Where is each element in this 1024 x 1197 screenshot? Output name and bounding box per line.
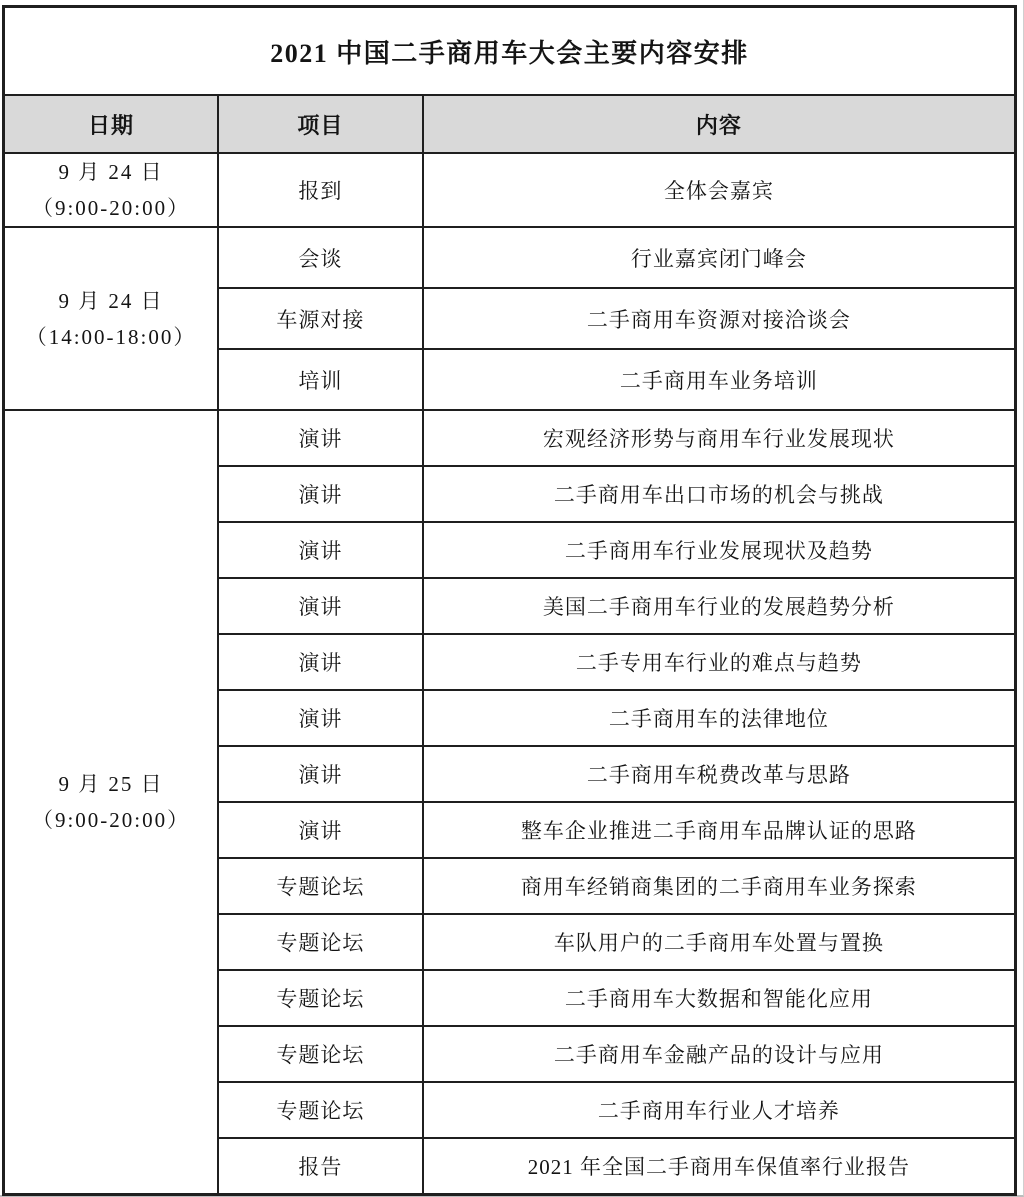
item-cell: 专题论坛 <box>218 1082 423 1138</box>
date-text-line2: （9:00-20:00） <box>5 190 217 226</box>
item-cell: 演讲 <box>218 746 423 802</box>
item-cell: 专题论坛 <box>218 1026 423 1082</box>
item-cell: 报到 <box>218 153 423 227</box>
content-cell: 商用车经销商集团的二手商用车业务探索 <box>423 858 1016 914</box>
content-cell: 二手商用车金融产品的设计与应用 <box>423 1026 1016 1082</box>
title-row: 2021 中国二手商用车大会主要内容安排 <box>4 7 1016 96</box>
header-row: 日期 项目 内容 <box>4 95 1016 153</box>
content-cell: 二手商用车行业发展现状及趋势 <box>423 522 1016 578</box>
item-cell: 演讲 <box>218 466 423 522</box>
content-cell: 二手商用车出口市场的机会与挑战 <box>423 466 1016 522</box>
content-cell: 宏观经济形势与商用车行业发展现状 <box>423 410 1016 466</box>
item-cell: 报告 <box>218 1138 423 1195</box>
date-cell-section-2: 9 月 24 日 （14:00-18:00） <box>4 227 219 410</box>
content-cell: 二手商用车业务培训 <box>423 349 1016 410</box>
content-cell: 二手商用车的法律地位 <box>423 690 1016 746</box>
date-cell-section-3: 9 月 25 日 （9:00-20:00） <box>4 410 219 1195</box>
column-header-item: 项目 <box>218 95 423 153</box>
table-row: 9 月 25 日 （9:00-20:00） 演讲 宏观经济形势与商用车行业发展现… <box>4 410 1016 466</box>
item-cell: 演讲 <box>218 634 423 690</box>
date-text-line2: （14:00-18:00） <box>5 319 217 355</box>
item-cell: 专题论坛 <box>218 914 423 970</box>
page: 2021 中国二手商用车大会主要内容安排 日期 项目 内容 9 月 24 日 （… <box>0 0 1024 1197</box>
content-cell: 二手专用车行业的难点与趋势 <box>423 634 1016 690</box>
item-cell: 演讲 <box>218 802 423 858</box>
item-cell: 车源对接 <box>218 288 423 349</box>
date-text-line1: 9 月 24 日 <box>5 154 217 190</box>
item-cell: 专题论坛 <box>218 858 423 914</box>
content-cell: 整车企业推进二手商用车品牌认证的思路 <box>423 802 1016 858</box>
content-cell: 行业嘉宾闭门峰会 <box>423 227 1016 288</box>
item-cell: 演讲 <box>218 578 423 634</box>
content-cell: 二手商用车税费改革与思路 <box>423 746 1016 802</box>
schedule-table: 2021 中国二手商用车大会主要内容安排 日期 项目 内容 9 月 24 日 （… <box>2 5 1017 1196</box>
date-text-line2: （9:00-20:00） <box>5 802 217 838</box>
content-cell: 二手商用车大数据和智能化应用 <box>423 970 1016 1026</box>
item-cell: 演讲 <box>218 690 423 746</box>
date-cell-section-1: 9 月 24 日 （9:00-20:00） <box>4 153 219 227</box>
table-row: 9 月 24 日 （14:00-18:00） 会谈 行业嘉宾闭门峰会 <box>4 227 1016 288</box>
table-row: 9 月 24 日 （9:00-20:00） 报到 全体会嘉宾 <box>4 153 1016 227</box>
item-cell: 演讲 <box>218 522 423 578</box>
column-header-date: 日期 <box>4 95 219 153</box>
item-cell: 演讲 <box>218 410 423 466</box>
content-cell: 车队用户的二手商用车处置与置换 <box>423 914 1016 970</box>
content-cell: 二手商用车行业人才培养 <box>423 1082 1016 1138</box>
content-cell: 美国二手商用车行业的发展趋势分析 <box>423 578 1016 634</box>
content-cell: 全体会嘉宾 <box>423 153 1016 227</box>
item-cell: 会谈 <box>218 227 423 288</box>
date-text-line1: 9 月 25 日 <box>5 766 217 802</box>
content-cell: 二手商用车资源对接洽谈会 <box>423 288 1016 349</box>
item-cell: 专题论坛 <box>218 970 423 1026</box>
column-header-content: 内容 <box>423 95 1016 153</box>
content-cell: 2021 年全国二手商用车保值率行业报告 <box>423 1138 1016 1195</box>
item-cell: 培训 <box>218 349 423 410</box>
date-text-line1: 9 月 24 日 <box>5 283 217 319</box>
table-title: 2021 中国二手商用车大会主要内容安排 <box>4 7 1016 96</box>
